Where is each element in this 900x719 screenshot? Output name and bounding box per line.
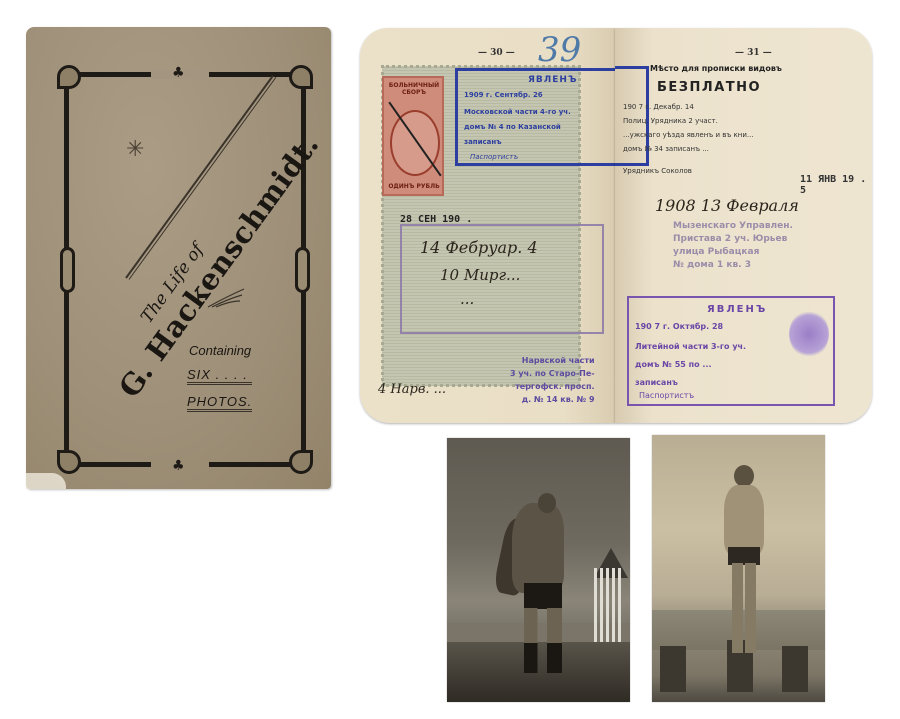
yavlen-stamp: ЯВЛЕНЪ 190 7 г. Октябр. 28 Литейной част… bbox=[627, 296, 835, 406]
stamp-bottom-text: ОДИНЪ РУБЛЬ bbox=[387, 183, 441, 190]
stamp-line: Паспортистъ bbox=[639, 391, 694, 400]
stamp-heading: ЯВЛЕНЪ bbox=[707, 304, 767, 315]
side-ornament-icon bbox=[60, 247, 75, 293]
narva-district-stamp: Нарвской части 3 уч. по Старо-Пе- тергоф… bbox=[510, 354, 595, 406]
registration-line: ...ужскаго уѣзда явленъ и въ кни... bbox=[623, 128, 754, 142]
stamp-line: записанъ bbox=[464, 138, 502, 146]
subtitle-containing: Containing bbox=[189, 343, 251, 358]
wooden-post bbox=[782, 646, 808, 692]
wooden-post bbox=[660, 646, 686, 692]
free-label: БЕЗПЛАТНО bbox=[657, 80, 761, 95]
subtitle-photos: PHOTOS. bbox=[187, 394, 252, 412]
stamp-line: Пристава 2 уч. Юрьев bbox=[673, 233, 793, 246]
corner-flourish-icon bbox=[289, 65, 313, 89]
handwriting: 14 Фебруар. 4 bbox=[420, 238, 538, 257]
stamp-line: Нарвской части bbox=[510, 354, 595, 367]
passport-page-left: — 30 — 39 БОЛЬНИЧНЫЙ СБОРЪ ОДИНЪ РУБЛЬ Я… bbox=[360, 28, 615, 423]
corner-flourish-icon bbox=[57, 450, 81, 474]
booklet-cover: ♣ ♣ ✳ The Life of G. Hackenschmidt. Cont… bbox=[26, 27, 331, 489]
stamp-heading: ЯВЛЕНЪ bbox=[528, 75, 577, 85]
revenue-stamp: БОЛЬНИЧНЫЙ СБОРЪ ОДИНЪ РУБЛЬ bbox=[382, 76, 444, 196]
star-ornament-icon: ✳ bbox=[126, 137, 144, 162]
page-number: — 30 — bbox=[478, 48, 515, 58]
stamp-line: тергофск. просп. bbox=[510, 380, 595, 393]
crown-ornament-icon: ♣ bbox=[172, 66, 185, 80]
wrestler-figure bbox=[502, 493, 572, 673]
stamp-line: улица Рыбацкая bbox=[673, 246, 793, 259]
handwriting: ... bbox=[460, 290, 474, 308]
stamp-line: домъ № 55 по ... bbox=[635, 360, 712, 369]
stamp-line: домъ № 4 по Казанской bbox=[464, 123, 561, 131]
handwritten-date: 1908 13 Февраля bbox=[655, 196, 799, 215]
stamp-line: Паспортистъ bbox=[470, 153, 518, 161]
stamp-line: Мызенскаго Управлен. bbox=[673, 220, 793, 233]
registration-line: домъ № 34 записанъ ... bbox=[623, 142, 754, 156]
stamp-top-text: БОЛЬНИЧНЫЙ СБОРЪ bbox=[387, 82, 441, 96]
handwriting: 10 Мирг... bbox=[440, 266, 520, 284]
registration-lines: 190 7 г. Декабр. 14 Полиц. Урядника 2 уч… bbox=[623, 100, 754, 178]
stamp-line: Литейной части 3-го уч. bbox=[635, 342, 746, 351]
photo-strongman-pose bbox=[652, 435, 825, 702]
strongman-figure bbox=[720, 465, 768, 655]
official-seal-icon bbox=[789, 310, 829, 358]
registration-line: Урядникъ Соколов bbox=[623, 164, 754, 178]
subtitle-six: SIX . . . . bbox=[187, 367, 252, 385]
page-number: — 31 — bbox=[735, 48, 772, 58]
passport-spread: — 30 — 39 БОЛЬНИЧНЫЙ СБОРЪ ОДИНЪ РУБЛЬ Я… bbox=[360, 28, 872, 423]
stamp-line: № дома 1 кв. 3 bbox=[673, 259, 793, 272]
registration-line: Полиц. Урядника 2 участ. bbox=[623, 114, 754, 128]
faded-purple-stamp: Мызенскаго Управлен. Пристава 2 уч. Юрье… bbox=[673, 220, 793, 272]
stamp-line: Московской части 4-го уч. bbox=[464, 108, 571, 116]
photo-wrestler-lift bbox=[447, 438, 630, 702]
stamp-line: записанъ bbox=[635, 378, 678, 387]
stamp-line: 1909 г. Сентябр. 26 bbox=[464, 91, 543, 99]
date-stamp: 11 ЯНВ 19 . 5 bbox=[800, 174, 872, 196]
registration-line: 190 7 г. Декабр. 14 bbox=[623, 100, 754, 114]
handwriting-bottom: 4 Нарв. ... bbox=[378, 382, 446, 397]
pencil-number: 39 bbox=[538, 30, 581, 70]
stamp-line: д. № 14 кв. № 9 bbox=[510, 393, 595, 406]
registration-heading: Мѣсто для прописки видовъ bbox=[650, 64, 782, 73]
side-ornament-icon bbox=[295, 247, 310, 293]
crown-ornament-bottom-icon: ♣ bbox=[172, 459, 185, 473]
corner-flourish-icon bbox=[289, 450, 313, 474]
stamp-line: 3 уч. по Старо-Пе- bbox=[510, 367, 595, 380]
stamp-line: 190 7 г. Октябр. 28 bbox=[635, 322, 723, 331]
passport-page-right: — 31 — Мѣсто для прописки видовъ БЕЗПЛАТ… bbox=[615, 28, 872, 423]
corner-flourish-icon bbox=[57, 65, 81, 89]
